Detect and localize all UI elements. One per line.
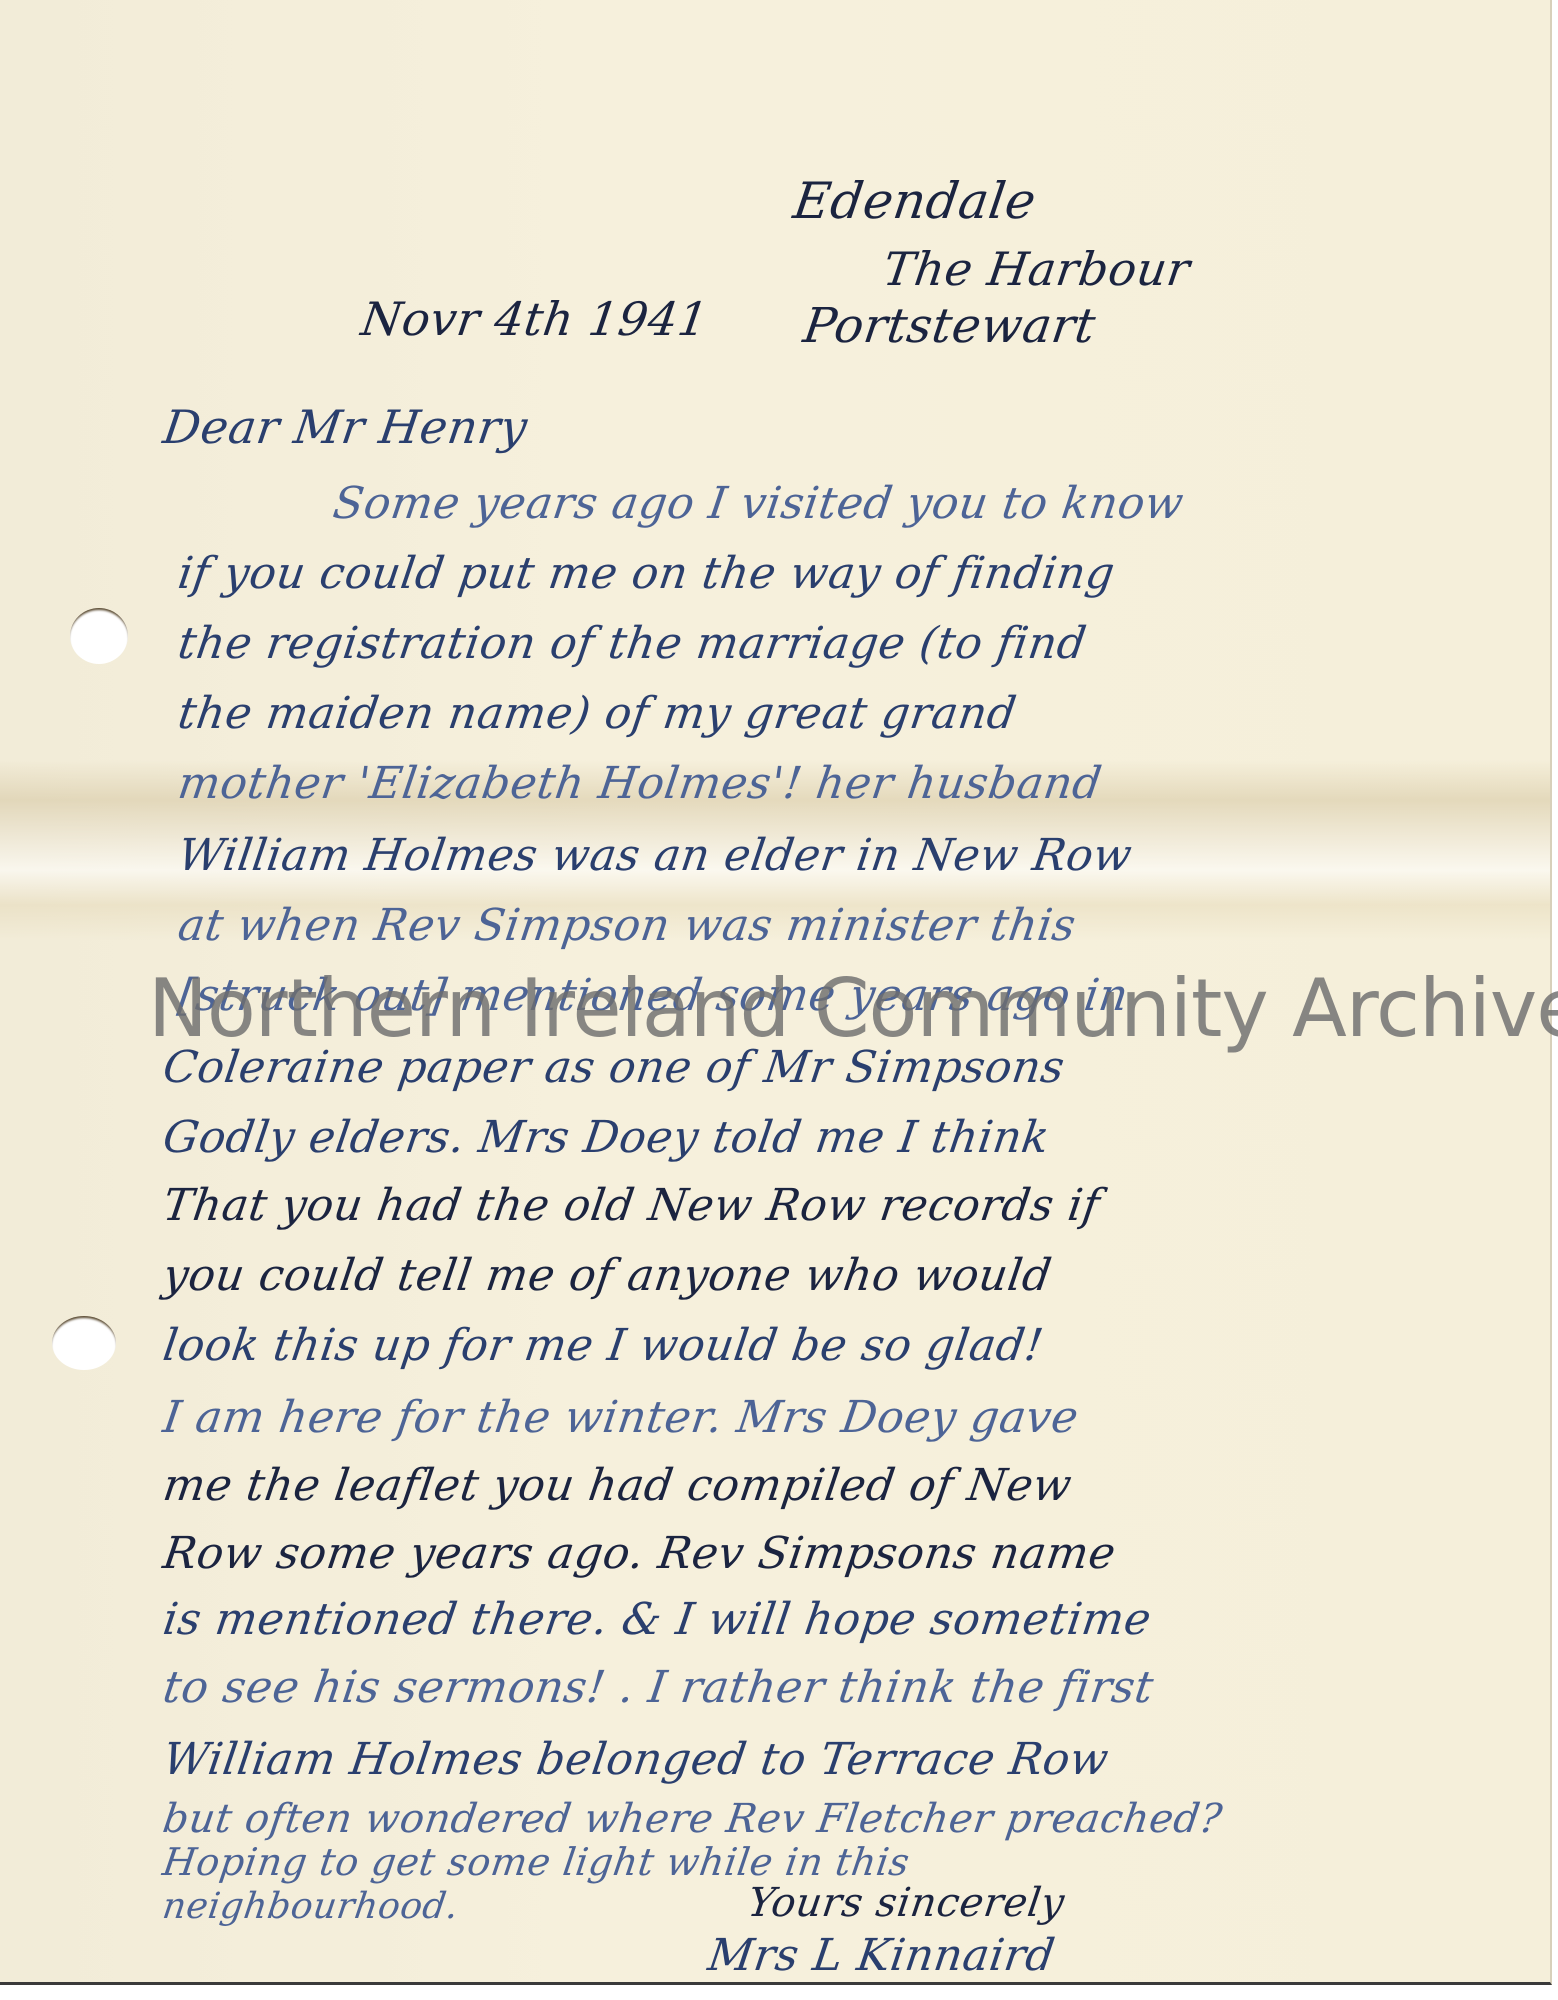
body-line: Coleraine paper as one of Mr Simpsons	[160, 1042, 1068, 1093]
body-line: [struck out] mentioned some years ago in	[175, 970, 1132, 1021]
body-line: Godly elders. Mrs Doey told me I think	[160, 1112, 1053, 1163]
address-line-street: The Harbour	[880, 242, 1194, 296]
address-line-house: Edendale	[790, 172, 1040, 230]
punch-hole-lower	[52, 1316, 116, 1370]
body-line: at when Rev Simpson was minister this	[175, 900, 1079, 951]
body-line: look this up for me I would be so glad!	[160, 1320, 1047, 1371]
body-line: the maiden name) of my great grand	[175, 688, 1020, 739]
body-line: That you had the old New Row records if	[160, 1180, 1103, 1231]
body-line: Hoping to get some light while in this	[160, 1840, 912, 1884]
body-line: William Holmes belonged to Terrace Row	[160, 1734, 1112, 1785]
closing: Yours sincerely	[745, 1880, 1067, 1926]
body-line: Row some years ago. Rev Simpsons name	[160, 1528, 1119, 1579]
address-line-town: Portstewart	[800, 298, 1099, 354]
body-line: the registration of the marriage (to fin…	[175, 618, 1090, 669]
body-line: William Holmes was an elder in New Row	[175, 830, 1135, 881]
salutation: Dear Mr Henry	[160, 400, 531, 454]
body-line: me the leaflet you had compiled of New	[160, 1460, 1075, 1511]
punch-hole-upper	[70, 608, 128, 664]
signature: Mrs L Kinnaird	[705, 1930, 1058, 1981]
body-line: Some years ago I visited you to know	[330, 478, 1187, 529]
body-line: if you could put me on the way of findin…	[175, 548, 1118, 599]
body-line: neighbourhood.	[160, 1886, 461, 1927]
body-line: but often wondered where Rev Fletcher pr…	[160, 1796, 1225, 1842]
body-line: you could tell me of anyone who would	[160, 1250, 1055, 1301]
letter-date: Novr 4th 1941	[358, 292, 712, 346]
body-line: to see his sermons! . I rather think the…	[160, 1662, 1157, 1713]
body-line: mother 'Elizabeth Holmes'! her husband	[175, 758, 1105, 809]
body-line: I am here for the winter. Mrs Doey gave	[160, 1392, 1082, 1443]
body-line: is mentioned there. & I will hope someti…	[160, 1594, 1155, 1645]
letter-paper: Edendale The Harbour Portstewart Novr 4t…	[0, 0, 1552, 1985]
